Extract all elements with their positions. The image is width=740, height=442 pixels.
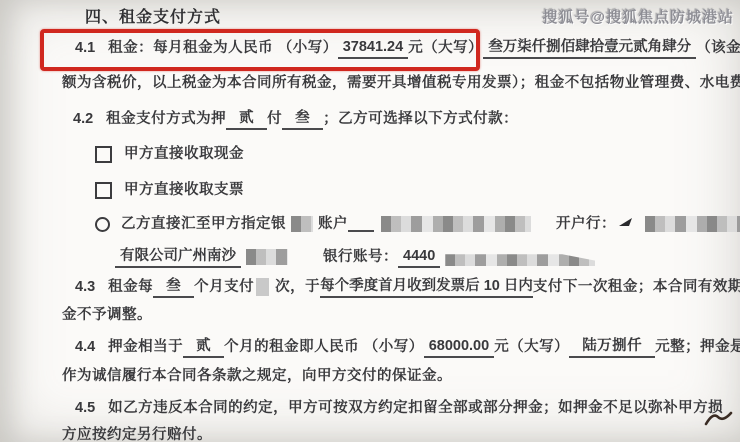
clause-4-3-text-1: 租金每 xyxy=(108,277,153,297)
pay-months-value: 叁 xyxy=(282,108,323,130)
payment-option-cash-label: 甲方直接收取现金 xyxy=(124,144,244,164)
rent-amount-capital: 叁万柒仟捌佰肆拾壹元贰角肆分 xyxy=(483,37,696,59)
bank-branch-label: 开户行： xyxy=(556,214,616,234)
checkbox-icon xyxy=(95,146,112,163)
rent-amount-numeric: 37841.24 xyxy=(338,37,408,59)
payment-deadline-underlined: 每个季度首月收到发票后 10 日内 xyxy=(320,276,533,298)
clause-4-3-text-3: 次，于 xyxy=(275,277,320,297)
clause-4-4-text-1: 押金相当于 xyxy=(108,337,183,357)
clause-4-4-text-5: 作为诚信履行本合同各条款之规定，向甲方交付的保证金。 xyxy=(62,366,452,386)
clause-4-3-text-2: 个月支付 xyxy=(194,277,254,297)
clause-4-2-number: 4.2 xyxy=(73,109,93,129)
checkbox-icon xyxy=(95,182,112,199)
clause-4-1-text-4: 额为含税价，以上税金为本合同所有税金，需要开具增值税专用发票）；租金不包括物业管… xyxy=(62,73,740,93)
clause-4-2-text-1: 租金支付方式为押 xyxy=(106,109,226,129)
blank-underline xyxy=(348,216,374,232)
pen-squiggle-icon xyxy=(704,408,734,434)
payment-interval-months: 叁 xyxy=(153,276,194,298)
bank-account-line: 有限公司广州南沙 银行账号： 4440 xyxy=(115,246,600,268)
clause-4-3-line2: 金不予调整。 xyxy=(62,305,152,325)
redaction-mosaic xyxy=(645,216,740,232)
clause-4-4-text-3: 元（大写） xyxy=(494,337,569,357)
section-title: 四、租金支付方式 xyxy=(85,8,221,28)
sohu-watermark: 搜狐号@搜狐焦点防城港站 xyxy=(542,6,734,27)
scanned-contract-page: 搜狐号@搜狐焦点防城港站 四、租金支付方式 4.1 租金：每月租金为人民币 （小… xyxy=(0,0,740,442)
payment-option-transfer: 乙方直接汇至甲方指定银 账户 开户行： 企 xyxy=(95,214,740,234)
clause-4-1-text-1: 租金：每月租金为人民币 （小写） xyxy=(108,38,338,58)
clause-4-5-line2: 方应按约定另行赔付。 xyxy=(62,425,212,442)
clause-4-1-number: 4.1 xyxy=(75,38,95,58)
radio-icon xyxy=(95,217,110,232)
deposit-amount-capital: 陆万捌仟 xyxy=(569,336,655,358)
clause-4-3-line1: 4.3 租金每 叁 个月支付 次，于 每个季度首月收到发票后 10 日内 支付下… xyxy=(75,276,740,298)
redaction-mosaic xyxy=(291,216,313,232)
account-number-label: 银行账号： xyxy=(323,247,398,267)
clause-4-4-number: 4.4 xyxy=(75,337,95,357)
pen-mark-icon xyxy=(618,214,638,234)
transfer-text-2: 账户 xyxy=(318,214,348,234)
clause-4-5-number: 4.5 xyxy=(75,398,95,418)
clause-4-1-text-3: （该金 xyxy=(696,38,740,58)
clause-4-5-line1: 4.5 如乙方违反本合同的约定，甲方可按双方约定扣留全部或部分押金；如押金不足以… xyxy=(75,398,723,418)
transfer-text-1: 乙方直接汇至甲方指定银 xyxy=(121,214,286,234)
clause-4-3-number: 4.3 xyxy=(75,277,95,297)
clause-4-4-text-2: 个月的租金即人民币 （小写） xyxy=(224,337,424,357)
clause-4-1-text-2: 元（大写） xyxy=(408,38,483,58)
clause-4-2-text-2: 付 xyxy=(267,109,282,129)
company-name-partial: 有限公司广州南沙 xyxy=(115,246,241,268)
clause-4-2-line1: 4.2 租金支付方式为押 贰 付 叁 ；乙方可选择以下方式付款： xyxy=(73,108,518,130)
deposit-equivalent-months: 贰 xyxy=(183,336,224,358)
clause-4-2-text-3: ；乙方可选择以下方式付款： xyxy=(323,109,518,129)
clause-4-3-text-5: 金不予调整。 xyxy=(62,305,152,325)
clause-4-4-line2: 作为诚信履行本合同各条款之规定，向甲方交付的保证金。 xyxy=(62,366,452,386)
deposit-months-value: 贰 xyxy=(226,108,267,130)
payment-option-cheque-label: 甲方直接收取支票 xyxy=(124,180,244,200)
clause-4-5-text-1: 如乙方违反本合同的约定，甲方可按双方约定扣留全部或部分押金；如押金不足以弥补甲方… xyxy=(108,398,723,418)
redaction-mosaic xyxy=(381,216,531,232)
clause-4-5-text-2: 方应按约定另行赔付。 xyxy=(62,425,212,442)
payment-option-cash: 甲方直接收取现金 xyxy=(95,144,244,164)
redaction-mosaic xyxy=(445,248,595,266)
redaction-gray-box xyxy=(256,278,269,296)
clause-4-4-line1: 4.4 押金相当于 贰 个月的租金即人民币 （小写） 68000.00 元（大写… xyxy=(75,336,740,358)
clause-4-4-text-4: 元整；押金是乙 xyxy=(655,337,740,357)
deposit-amount-numeric: 68000.00 xyxy=(424,336,494,358)
payment-option-cheque: 甲方直接收取支票 xyxy=(95,180,244,200)
clause-4-1-line2: 额为含税价，以上税金为本合同所有税金，需要开具增值税专用发票）；租金不包括物业管… xyxy=(62,73,740,93)
clause-4-1-line1: 4.1 租金：每月租金为人民币 （小写） 37841.24 元（大写） 叁万柒仟… xyxy=(75,37,740,59)
redaction-mosaic xyxy=(246,249,288,265)
clause-4-3-text-4: 支付下一次租金；本合同有效期内租 xyxy=(533,277,740,297)
account-number-partial: 4440 xyxy=(398,246,440,268)
